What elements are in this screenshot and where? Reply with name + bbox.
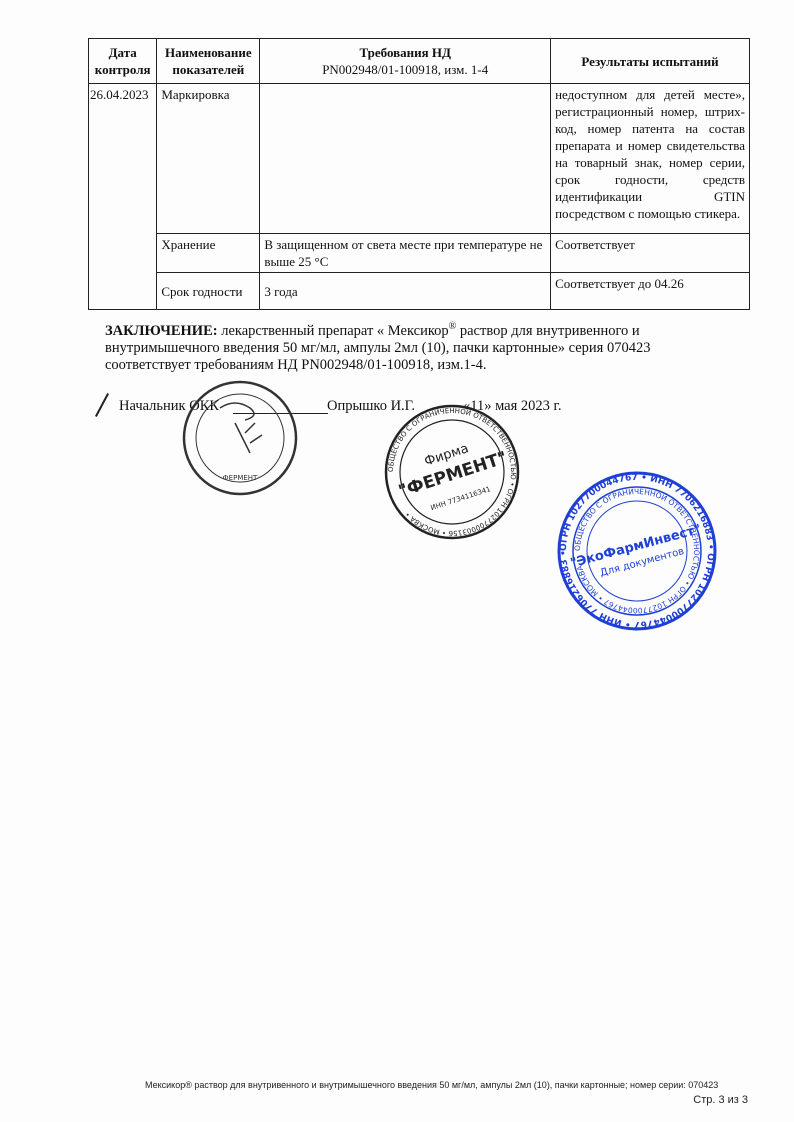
ecopharm-stamp-icon: ОГРН 1027700044767 • ИНН 7706216883 • ОГ… xyxy=(556,470,718,632)
cell-name: Маркировка xyxy=(157,84,260,234)
header-name: Наименование показателей xyxy=(157,39,260,84)
footer-product-line: Мексикор® раствор для внутривенного и вн… xyxy=(145,1080,718,1090)
header-req-title: Требования НД xyxy=(262,44,548,61)
page-number: Стр. 3 из 3 xyxy=(693,1094,748,1106)
slash-mark xyxy=(95,393,109,417)
conclusion-text-1: лекарственный препарат « Мексикор xyxy=(218,323,449,339)
cell-result: Соответствует xyxy=(551,234,750,273)
cell-requirement xyxy=(260,84,551,234)
conclusion-label: ЗАКЛЮЧЕНИЕ: xyxy=(105,323,218,339)
ferment-stamp: ОБЩЕСТВО С ОГРАНИЧЕННОЙ ОТВЕТСТВЕННОСТЬЮ… xyxy=(382,402,522,542)
table-header-row: Дата контроля Наименование показателей Т… xyxy=(89,39,750,84)
cell-date: 26.04.2023 xyxy=(89,84,157,310)
cell-requirement: В защищенном от света месте при температ… xyxy=(260,234,551,273)
ecopharm-stamp: ОГРН 1027700044767 • ИНН 7706216883 • ОГ… xyxy=(556,470,718,632)
header-result: Результаты испытаний xyxy=(551,39,750,84)
ferment-stamp-icon: ОБЩЕСТВО С ОГРАНИЧЕННОЙ ОТВЕТСТВЕННОСТЬЮ… xyxy=(382,402,522,542)
table-row: 26.04.2023 Маркировка недоступном для де… xyxy=(89,84,750,234)
test-results-table: Дата контроля Наименование показателей Т… xyxy=(88,38,750,310)
okk-stamp-icon: ФЕРМЕНТ xyxy=(180,378,300,498)
table-row: Срок годности 3 года Соответствует до 04… xyxy=(89,273,750,310)
table-row: Хранение В защищенном от света месте при… xyxy=(89,234,750,273)
cell-result: Соответствует до 04.26 xyxy=(551,273,750,310)
header-requirements: Требования НД PN002948/01-100918, изм. 1… xyxy=(260,39,551,84)
okk-stamp: ФЕРМЕНТ xyxy=(180,378,300,498)
cell-name: Хранение xyxy=(157,234,260,273)
conclusion-paragraph: ЗАКЛЮЧЕНИЕ: лекарственный препарат « Мек… xyxy=(105,318,665,374)
header-date: Дата контроля xyxy=(89,39,157,84)
cell-requirement: 3 года xyxy=(260,273,551,310)
cell-name: Срок годности xyxy=(157,273,260,310)
header-req-doc: PN002948/01-100918, изм. 1-4 xyxy=(262,61,548,78)
cell-result: недоступном для детей месте», регистраци… xyxy=(551,84,750,234)
svg-text:ФЕРМЕНТ: ФЕРМЕНТ xyxy=(223,474,258,482)
